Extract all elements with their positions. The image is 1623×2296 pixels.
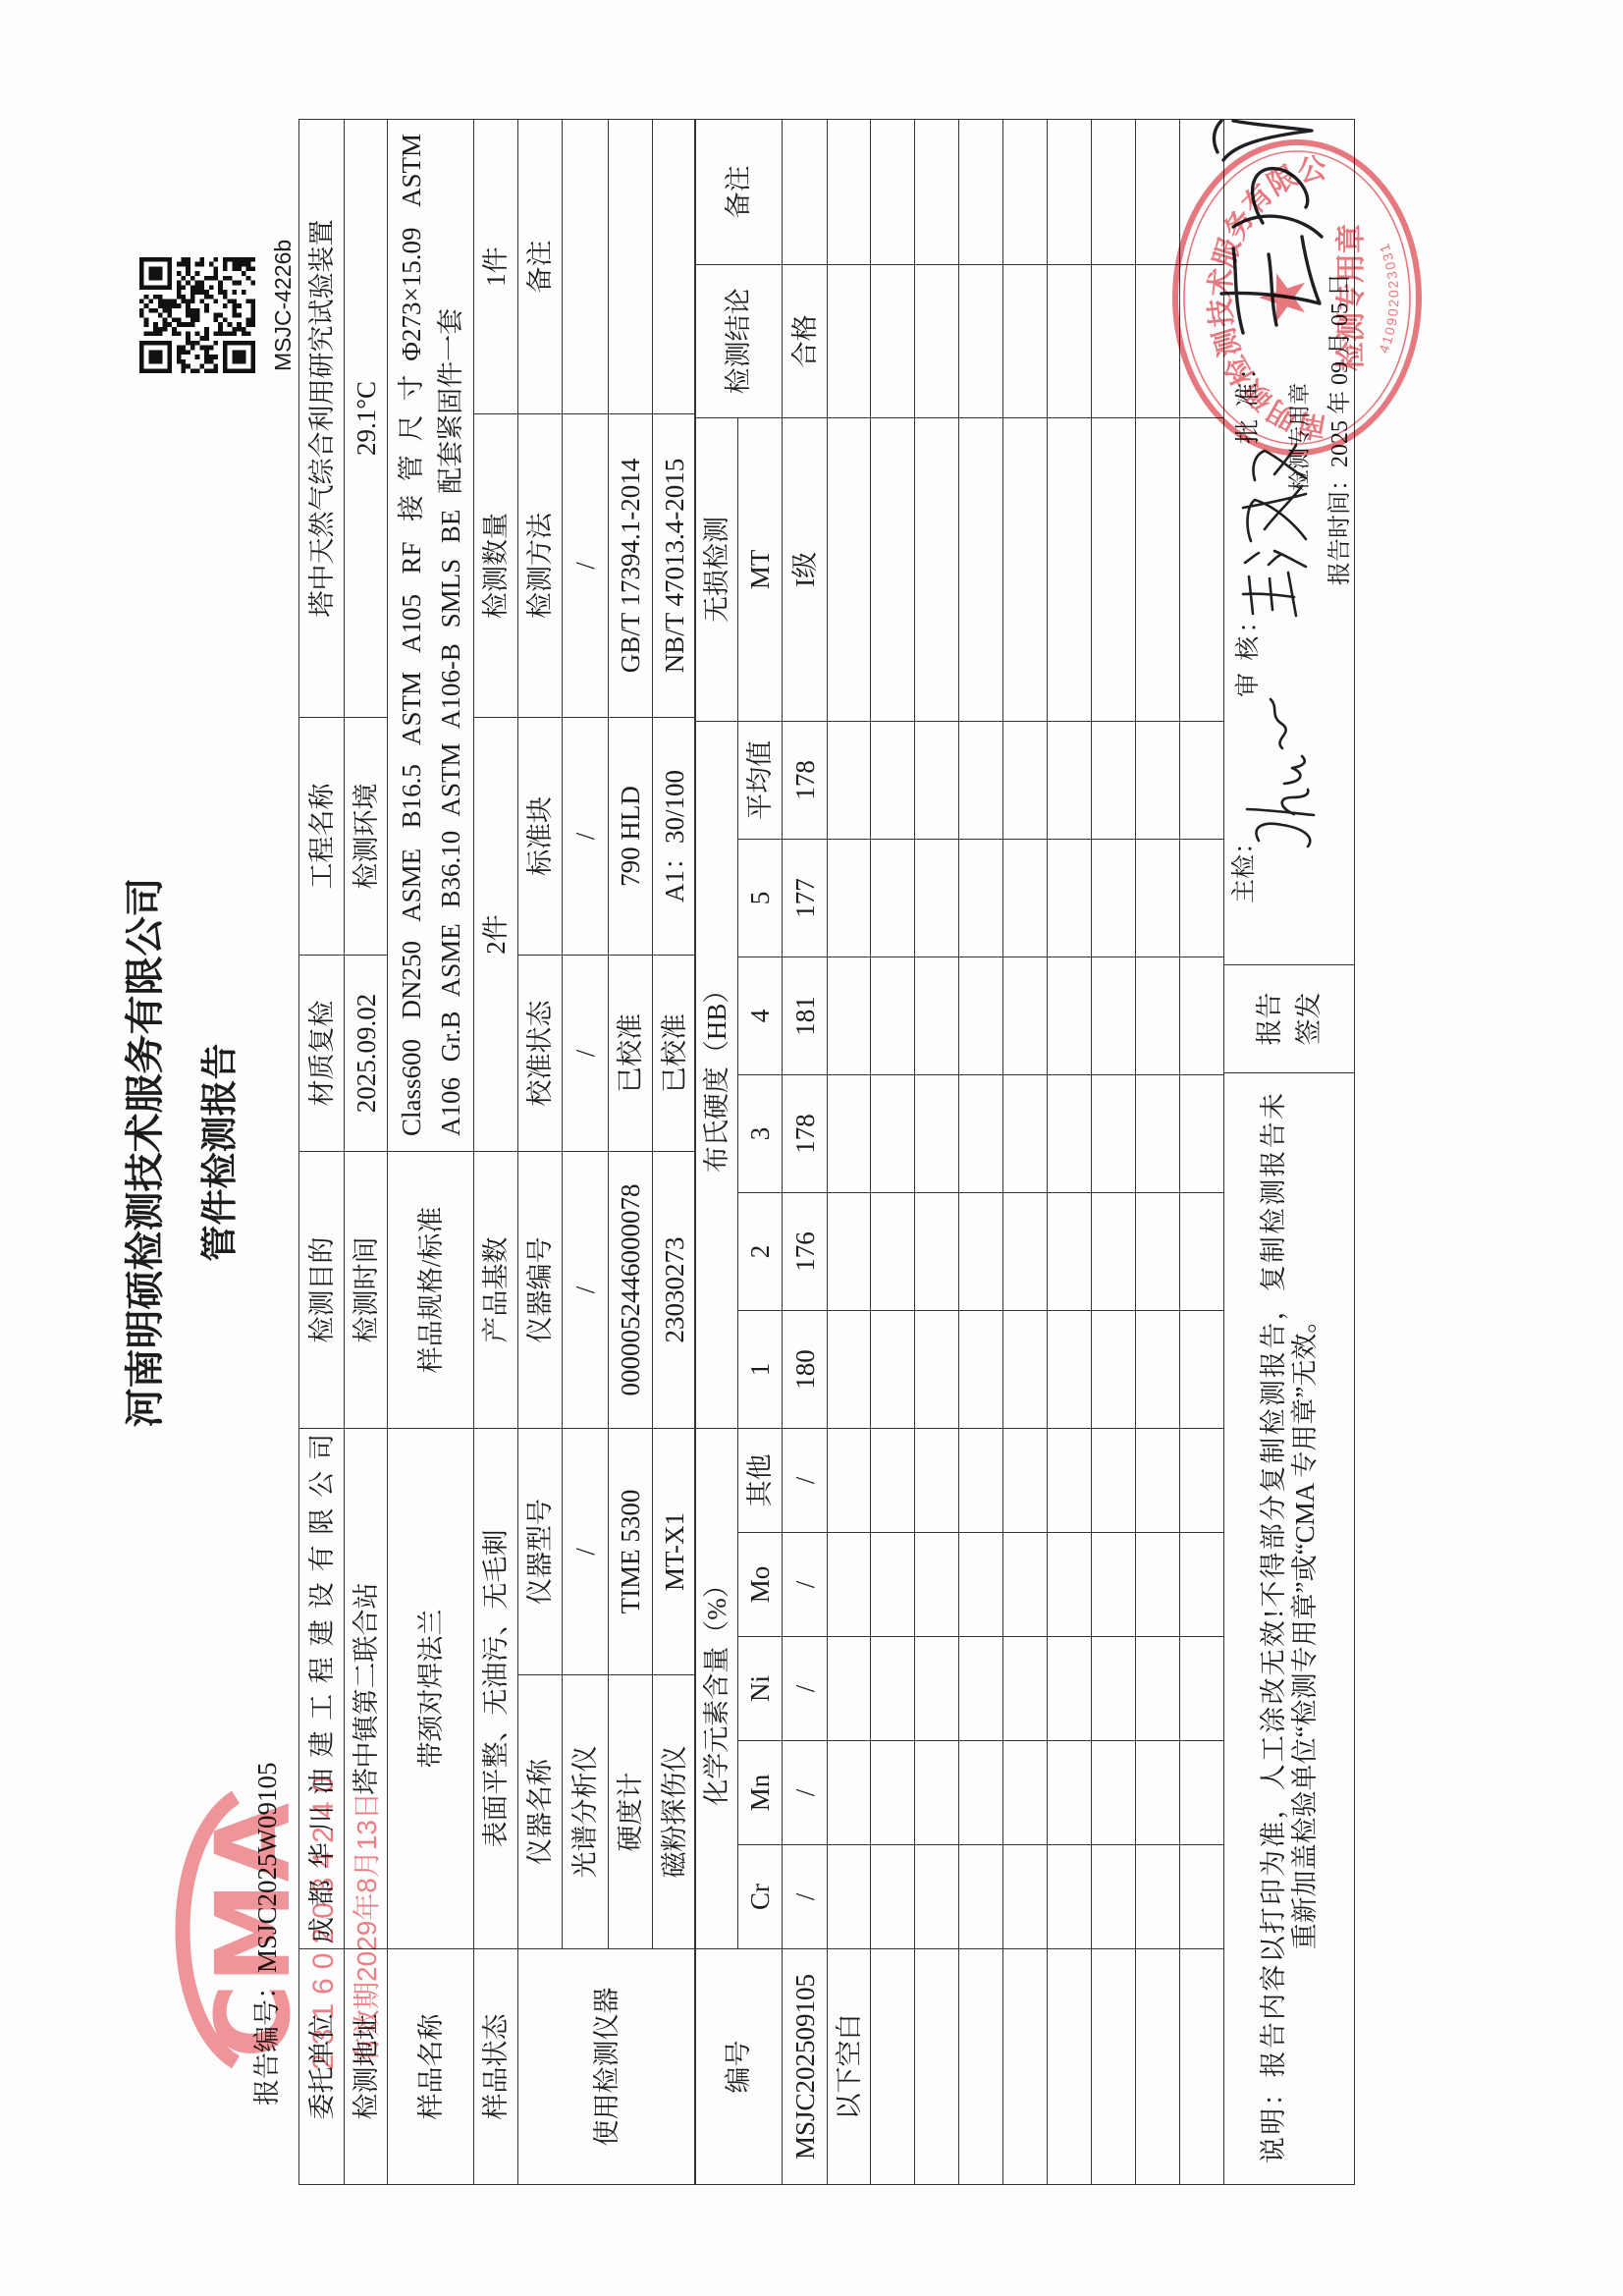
instrument-row: 光谱分析仪 / / / / /: [563, 120, 609, 2185]
instrument-remark: [563, 120, 609, 414]
empty-cell: [1048, 1533, 1092, 1637]
header-element: Mn: [738, 1741, 783, 1845]
empty-cell: [959, 1428, 1003, 1532]
report-date-label: 报告时间：: [1327, 467, 1353, 585]
empty-cell: [1180, 1741, 1224, 1845]
value-base-qty: 2件: [474, 718, 518, 1152]
result-chem: /: [783, 1428, 828, 1532]
empty-cell: [1092, 1741, 1136, 1845]
value-env: 29.1°C: [345, 120, 388, 718]
label-project: 工程名称: [299, 718, 345, 956]
empty-cell: [1136, 1949, 1180, 2185]
header-chemistry: 化学元素含量（%）: [695, 1428, 738, 1948]
issue-label-line: 报告: [1250, 965, 1289, 1072]
empty-cell: [1092, 1845, 1136, 1949]
empty-cell: [1136, 1533, 1180, 1637]
empty-cell: [915, 957, 959, 1074]
empty-cell: [915, 1949, 959, 2185]
header-ndt: 无损检测: [695, 417, 738, 721]
empty-cell: [959, 839, 1003, 957]
empty-cell: [828, 1074, 871, 1192]
empty-cell: [828, 1533, 871, 1637]
empty-cell: [1092, 839, 1136, 957]
empty-cell: [1003, 1428, 1048, 1532]
empty-cell: [871, 417, 915, 721]
empty-cell: [959, 1845, 1003, 1949]
label-purpose: 检测目的: [299, 1152, 345, 1429]
empty-cell: [871, 1741, 915, 1845]
empty-cell: [1003, 1845, 1048, 1949]
empty-cell: [1003, 119, 1048, 264]
empty-cell: [1092, 1074, 1136, 1192]
empty-cell: [871, 957, 915, 1074]
empty-cell: [915, 1074, 959, 1192]
empty-cell: [1136, 1310, 1180, 1428]
spec-line: Class600 DN250 ASME B16.5 ASTM A105 RF 接…: [392, 134, 431, 1136]
header-hardness-point: 3: [738, 1074, 783, 1192]
empty-cell: [1180, 1533, 1224, 1637]
value-spec: Class600 DN250 ASME B16.5 ASTM A105 RF 接…: [388, 120, 474, 1152]
instrument-name: 光谱分析仪: [563, 1675, 609, 1949]
empty-cell: [1003, 1074, 1048, 1192]
empty-cell: [871, 839, 915, 957]
empty-cell: [1136, 721, 1180, 839]
empty-cell: [1003, 839, 1048, 957]
empty-cell: [871, 119, 915, 264]
instrument-serial: /: [563, 1152, 609, 1429]
empty-cell: [1092, 1192, 1136, 1310]
empty-cell: [828, 119, 871, 264]
header-reference-block: 标准块: [518, 718, 563, 956]
header-ndt-method: MT: [738, 417, 783, 721]
result-chem: /: [783, 1637, 828, 1741]
result-hardness: 176: [783, 1192, 828, 1310]
empty-cell: [915, 1428, 959, 1532]
empty-cell: [1048, 1428, 1092, 1532]
instrument-calibration: /: [563, 956, 609, 1152]
empty-cell: [1048, 1949, 1092, 2185]
label-date: 检测时间: [345, 1152, 388, 1429]
value-date: 2025.09.02: [345, 956, 388, 1152]
empty-cell: [1136, 1637, 1180, 1741]
seal-caption-text: 检测专用章: [1334, 224, 1369, 371]
result-hardness: 178: [783, 1074, 828, 1192]
empty-cell: [1180, 839, 1224, 957]
result-hardness: 180: [783, 1310, 828, 1428]
seal-org-text: 河南明硕检测技术服务有限公司: [1168, 150, 1328, 460]
header-conclusion: 检测结论: [695, 264, 783, 417]
empty-cell: [871, 1192, 915, 1310]
empty-cell: [1048, 1741, 1092, 1845]
row-sample: 样品名称 带颈对焊法兰 样品规格/标准 Class600 DN250 ASME …: [388, 120, 474, 2185]
instrument-remark: [653, 120, 696, 414]
empty-cell: [871, 1310, 915, 1428]
empty-cell: [828, 1428, 871, 1532]
empty-cell: [1048, 957, 1092, 1074]
result-hardness: 181: [783, 957, 828, 1074]
empty-cell: [1048, 839, 1092, 957]
seal-number-text: 410902023031: [1376, 240, 1402, 355]
empty-cell: [1048, 1637, 1092, 1741]
note-line: 重新加盖检验单位“检测专用章”或“CMA 专用章”无效。: [1289, 1093, 1321, 2163]
instrument-method: /: [563, 414, 609, 718]
header-hardness-point: 5: [738, 839, 783, 957]
header-element: Ni: [738, 1637, 783, 1741]
label-base-qty: 产品基数: [474, 1152, 518, 1429]
empty-cell: [828, 721, 871, 839]
empty-cell: [1136, 1845, 1180, 1949]
empty-cell: [959, 1074, 1003, 1192]
cma-validity: 有效期2029年8月13日: [346, 1792, 385, 2064]
instrument-header-row: 使用检测仪器 仪器名称 仪器型号 仪器编号 校准状态 标准块 检测方法 备注: [518, 120, 563, 2185]
svg-text:河南明硕检测技术服务有限公司: 河南明硕检测技术服务有限公司: [1168, 150, 1328, 460]
empty-cell: [871, 1637, 915, 1741]
row-state: 样品状态 表面平整、无油污、无毛刺 产品基数 2件 检测数量 1件: [474, 120, 518, 2185]
instrument-model: /: [563, 1429, 609, 1675]
empty-cell: [1092, 1637, 1136, 1741]
reviewer-signature-icon: [1225, 443, 1316, 622]
empty-cell: [1180, 1192, 1224, 1310]
empty-cell: [959, 1741, 1003, 1845]
empty-cell: [915, 1192, 959, 1310]
result-remark: [783, 119, 828, 264]
result-chem: /: [783, 1533, 828, 1637]
header-remark: 备注: [695, 119, 783, 264]
company-name: 河南明硕检测技术服务有限公司: [124, 120, 167, 2185]
empty-cell: [959, 721, 1003, 839]
results-table: 编号 化学元素含量（%） 布氏硬度（HB） 无损检测 检测结论 备注 Cr Mn…: [694, 119, 1224, 2185]
empty-cell: [1180, 1428, 1224, 1532]
inspection-seal-icon: 河南明硕检测技术服务有限公司 检测专用章 410902023031: [1168, 136, 1426, 460]
empty-cell: [1003, 1637, 1048, 1741]
empty-cell: [871, 721, 915, 839]
empty-cell: [1092, 119, 1136, 264]
empty-cell: [1003, 1533, 1048, 1637]
empty-cell: [1180, 1845, 1224, 1949]
empty-cell: [959, 1310, 1003, 1428]
empty-cell: [1048, 119, 1092, 264]
empty-cell: [1136, 839, 1180, 957]
empty-cell: [959, 119, 1003, 264]
empty-cell: [1003, 1949, 1048, 2185]
label-env: 检测环境: [345, 718, 388, 956]
empty-cell: [915, 1533, 959, 1637]
empty-cell: [959, 1637, 1003, 1741]
instrument-calibration: 已校准: [609, 956, 653, 1152]
empty-cell: [1092, 264, 1136, 417]
disclaimer-note: 说明：报告内容以打印为准，人工涂改无效!不得部分复制检测报告，复制检测报告未 重…: [1224, 1073, 1355, 2185]
instrument-model: TIME 5300: [609, 1429, 653, 1675]
empty-cell: [1092, 1533, 1136, 1637]
empty-cell: [1092, 417, 1136, 721]
empty-row: [915, 119, 959, 2184]
header-id: 编号: [695, 1949, 783, 2185]
empty-cell: [1180, 417, 1224, 721]
empty-cell: [1180, 721, 1224, 839]
empty-cell: [1092, 1949, 1136, 2185]
header-test-method: 检测方法: [518, 414, 563, 718]
header-hardness-average: 平均值: [738, 721, 783, 839]
label-sample-name: 样品名称: [388, 1949, 474, 2185]
empty-cell: [871, 1428, 915, 1532]
result-hardness: 177: [783, 839, 828, 957]
result-conclusion: 合格: [783, 264, 828, 417]
instrument-calibration: 已校准: [653, 956, 696, 1152]
empty-cell: [828, 1845, 871, 1949]
instrument-remark: [609, 120, 653, 414]
empty-cell: [959, 264, 1003, 417]
label-state: 样品状态: [474, 1949, 518, 2185]
empty-cell: [828, 1741, 871, 1845]
header-hardness-point: 4: [738, 957, 783, 1074]
empty-cell: [915, 119, 959, 264]
empty-cell: [959, 1192, 1003, 1310]
empty-cell: [915, 264, 959, 417]
header-instrument-name: 仪器名称: [518, 1675, 563, 1949]
empty-cell: [1180, 1310, 1224, 1428]
empty-cell: [871, 1845, 915, 1949]
empty-cell: [1136, 1074, 1180, 1192]
header-hardness: 布氏硬度（HB）: [695, 721, 738, 1428]
empty-cell: [828, 417, 871, 721]
value-test-qty: 1件: [474, 120, 518, 414]
instrument-row: 磁粉探伤仪 MT-X1 23030273 已校准 A1：30/100 NB/T …: [653, 120, 696, 2185]
empty-cell: [1136, 1428, 1180, 1532]
empty-cell: [828, 1192, 871, 1310]
empty-cell: [1003, 1310, 1048, 1428]
results-subheader-row: Cr Mn Ni Mo 其他 1 2 3 4 5 平均值 MT: [738, 119, 783, 2184]
instrument-block: 790 HLD: [609, 718, 653, 956]
empty-cell: [915, 1310, 959, 1428]
empty-cell: [915, 721, 959, 839]
empty-cell: [871, 264, 915, 417]
header-element: Cr: [738, 1845, 783, 1949]
empty-cell: [1092, 721, 1136, 839]
empty-cell: [1048, 721, 1092, 839]
blank-note-row: 以下空白: [828, 119, 871, 2184]
header-instrument-model: 仪器型号: [518, 1429, 563, 1675]
empty-cell: [828, 957, 871, 1074]
empty-cell: [1092, 957, 1136, 1074]
empty-cell: [915, 417, 959, 721]
cma-stamp-icon: CMA: [163, 1783, 296, 2078]
result-id: MSJC202509105: [783, 1949, 828, 2185]
empty-cell: [1180, 1074, 1224, 1192]
issue-label: 报告 签发: [1224, 965, 1355, 1073]
empty-row: [1092, 119, 1136, 2184]
empty-cell: [959, 1949, 1003, 2185]
note-line: 说明：报告内容以打印为准，人工涂改无效!不得部分复制检测报告，复制检测报告未: [1258, 1093, 1289, 2163]
results-header-row: 编号 化学元素含量（%） 布氏硬度（HB） 无损检测 检测结论 备注: [695, 119, 738, 2184]
empty-cell: [1048, 1074, 1092, 1192]
header-hardness-point: 1: [738, 1310, 783, 1428]
empty-cell: [871, 1074, 915, 1192]
empty-row: [1048, 119, 1092, 2184]
instrument-block: A1：30/100: [653, 718, 696, 956]
empty-cell: [915, 1741, 959, 1845]
empty-cell: [828, 839, 871, 957]
instrument-method: NB/T 47013.4-2015: [653, 414, 696, 718]
empty-cell: [1048, 417, 1092, 721]
value-project: 塔中天然气综合利用研究试验装置: [299, 120, 345, 718]
empty-cell: [915, 1845, 959, 1949]
instrument-model: MT-X1: [653, 1429, 696, 1675]
instrument-method: GB/T 17394.1-2014: [609, 414, 653, 718]
header-calibration: 校准状态: [518, 956, 563, 1152]
label-instruments: 使用检测仪器: [518, 1949, 696, 2185]
empty-cell: [1180, 957, 1224, 1074]
header-element: Mo: [738, 1533, 783, 1637]
empty-cell: [1048, 1845, 1092, 1949]
empty-cell: [915, 839, 959, 957]
instrument-name: 磁粉探伤仪: [653, 1675, 696, 1949]
instrument-serial: 0000052446000078: [609, 1152, 653, 1429]
value-purpose: 材质复检: [299, 956, 345, 1152]
empty-cell: [1048, 1310, 1092, 1428]
empty-cell: [828, 1637, 871, 1741]
empty-row: [959, 119, 1003, 2184]
result-chem: /: [783, 1845, 828, 1949]
empty-cell: [1003, 1192, 1048, 1310]
header-element: 其他: [738, 1428, 783, 1532]
empty-cell: [871, 1949, 915, 2185]
cma-logo-text: CMA: [193, 1803, 296, 2058]
empty-cell: [959, 957, 1003, 1074]
empty-cell: [828, 264, 871, 417]
form-number: MSJC-4226b: [270, 240, 296, 371]
value-sample-name: 带颈对焊法兰: [388, 1429, 474, 1949]
empty-cell: [871, 1533, 915, 1637]
empty-cell: [1003, 417, 1048, 721]
result-chem: /: [783, 1741, 828, 1845]
instrument-block: /: [563, 718, 609, 956]
empty-cell: [1003, 721, 1048, 839]
value-state: 表面平整、无油污、无毛刺: [474, 1429, 518, 1949]
spec-line: A106 Gr.B ASME B36.10 ASTM A106-B SMLS B…: [431, 134, 470, 1136]
inspector-signature-icon: [1235, 697, 1325, 854]
empty-cell: [1136, 417, 1180, 721]
instrument-serial: 23030273: [653, 1152, 696, 1429]
empty-row: [1003, 119, 1048, 2184]
empty-cell: [828, 1310, 871, 1428]
empty-cell: [959, 417, 1003, 721]
label-spec: 样品规格/标准: [388, 1152, 474, 1429]
result-row: MSJC202509105 / / / / / 180 176 178 181 …: [783, 119, 828, 2184]
empty-cell: [1136, 1192, 1180, 1310]
empty-cell: [1048, 264, 1092, 417]
label-test-qty: 检测数量: [474, 414, 518, 718]
instrument-row: 硬度计 TIME 5300 0000052446000078 已校准 790 H…: [609, 120, 653, 2185]
inspection-report-page: MSJC-4226b 河南明硕检测技术服务有限公司 管件检测报告 报告编号：MS…: [0, 0, 1623, 2296]
result-ndt: I级: [783, 417, 828, 721]
instrument-name: 硬度计: [609, 1675, 653, 1949]
cma-certificate-number: 231602034240: [307, 1768, 341, 2070]
result-hardness-average: 178: [783, 721, 828, 839]
empty-cell: [1136, 957, 1180, 1074]
header-instrument-serial: 仪器编号: [518, 1152, 563, 1429]
svg-text:410902023031: 410902023031: [1376, 240, 1402, 355]
empty-cell: [1048, 1192, 1092, 1310]
header-remark: 备注: [518, 120, 563, 414]
empty-cell: [1003, 264, 1048, 417]
empty-cell: [1136, 1741, 1180, 1845]
empty-cell: [915, 1637, 959, 1741]
issue-label-line: 签发: [1289, 965, 1328, 1072]
header-hardness-point: 2: [738, 1192, 783, 1310]
empty-cell: [1003, 1741, 1048, 1845]
empty-cell: [1003, 957, 1048, 1074]
empty-cell: [1180, 1949, 1224, 2185]
empty-row: [871, 119, 915, 2184]
empty-cell: [1180, 1637, 1224, 1741]
empty-cell: [1092, 1428, 1136, 1532]
empty-cell: [1092, 1310, 1136, 1428]
blank-note: 以下空白: [828, 1949, 871, 2185]
empty-cell: [959, 1533, 1003, 1637]
